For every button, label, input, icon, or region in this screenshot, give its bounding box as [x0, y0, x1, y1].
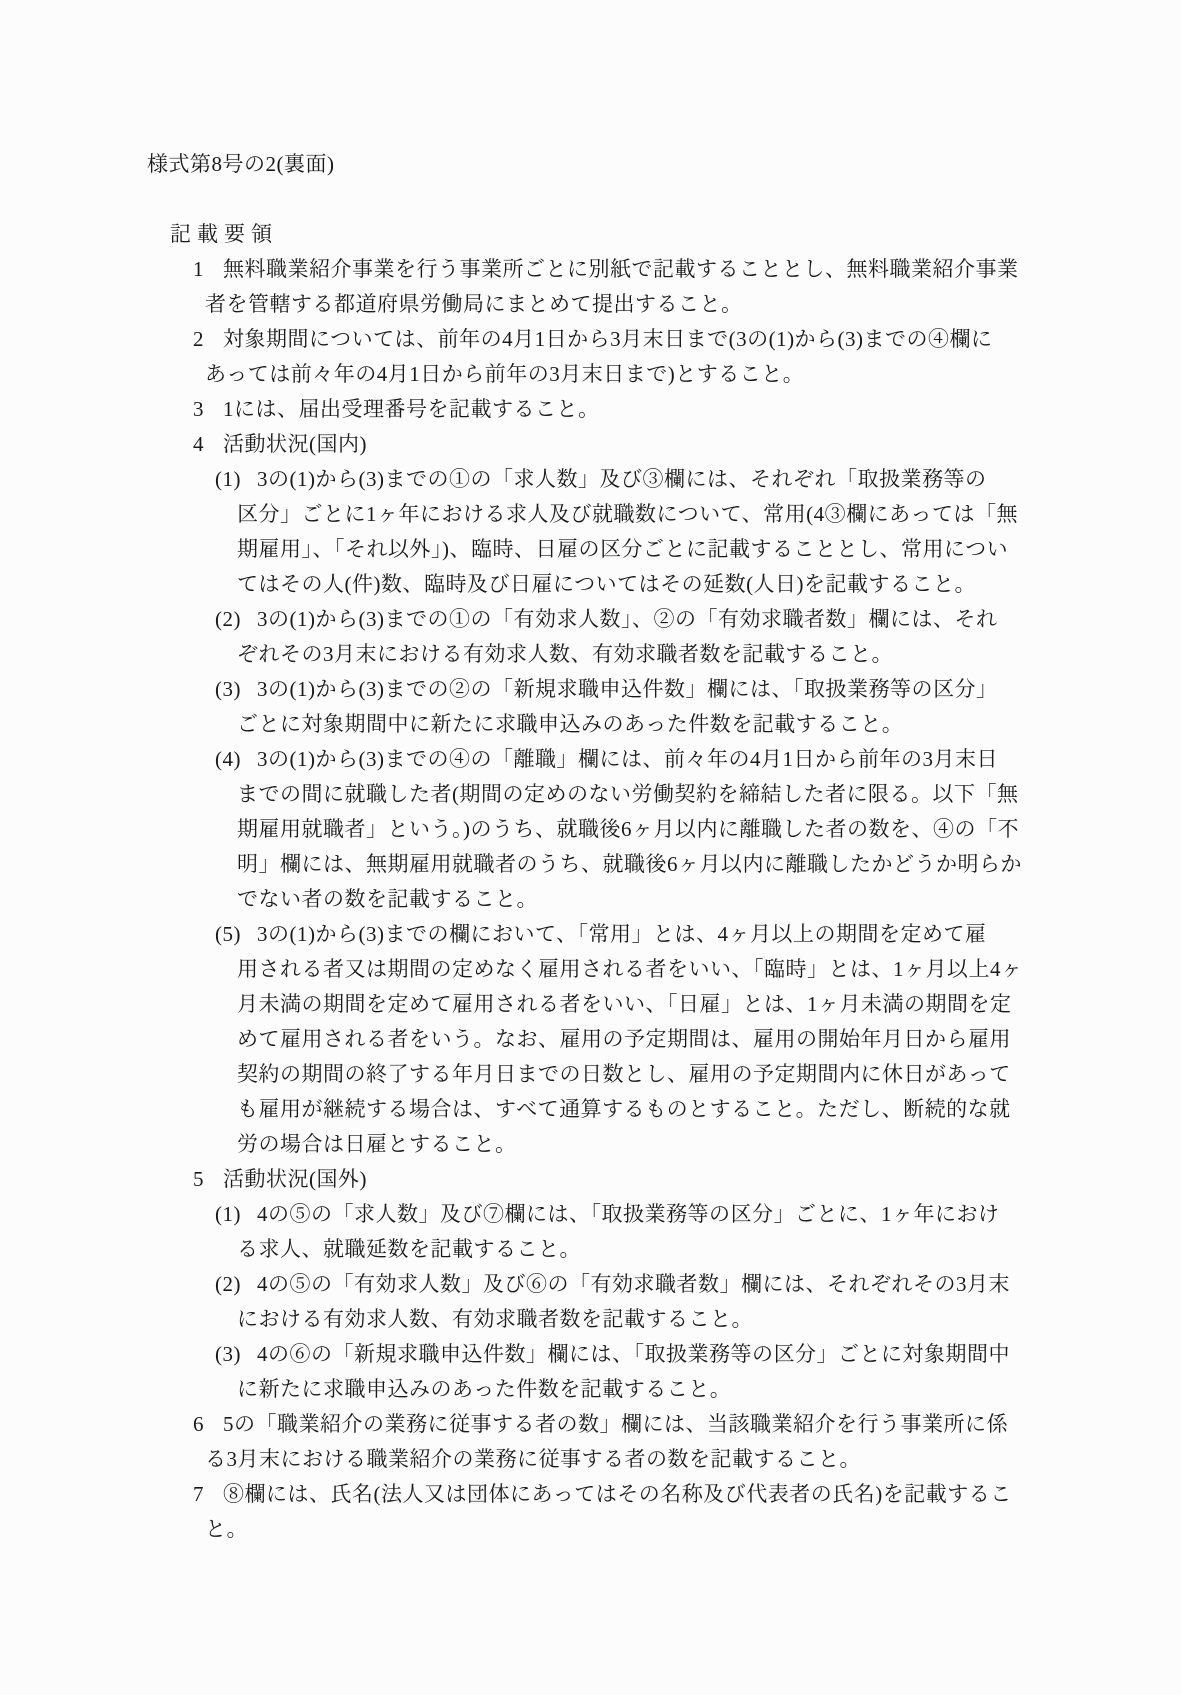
item-text: 4の⑥の「新規求職申込件数」欄には、「取扱業務等の区分」ごとに対象期間中 [257, 1342, 1010, 1366]
instruction-items: 1無料職業紹介事業を行う事業所ごとに別紙で記載することとし、無料職業紹介事業者を… [147, 252, 1151, 1547]
item-text: 5の「職業紹介の業務に従事する者の数」欄には、当該職業紹介を行う事業所に係 [223, 1412, 1008, 1436]
item-text: る求人、就職延数を記載すること。 [237, 1237, 581, 1261]
item-text: 対象期間については、前年の4月1日から3月末日まで(3の(1)から(3)までの④… [223, 327, 993, 351]
item-text: 1には、届出受理番号を記載すること。 [223, 397, 600, 421]
item-7: 7⑧欄には、氏名(法人又は団体にあってはその名称及び代表者の氏名)を記載すること… [147, 1477, 1151, 1547]
item-text: 期雇用」、「それ以外」)、臨時、日雇の区分ごとに記載することとし、常用につい [237, 537, 1008, 561]
item-text: 契約の期間の終了する年月日までの日数とし、雇用の予定期間内に休日があって [237, 1062, 1011, 1086]
item-number: (5) [215, 917, 257, 952]
item-text: めて雇用される者をいう。なお、雇用の予定期間は、雇用の開始年月日から雇用 [237, 1027, 1011, 1051]
instruction-line: 65の「職業紹介の業務に従事する者の数」欄には、当該職業紹介を行う事業所に係 [147, 1407, 1151, 1442]
item-text: における有効求人数、有効求職者数を記載すること。 [237, 1307, 753, 1331]
instruction-line: る求人、就職延数を記載すること。 [147, 1232, 1151, 1267]
item-text: 3の(1)から(3)までの①の「有効求人数」、②の「有効求職者数」欄には、それ [257, 607, 997, 631]
item-text: 労の場合は日雇とすること。 [237, 1132, 517, 1156]
item-number: 5 [193, 1162, 223, 1197]
sub-item-5: (5)3の(1)から(3)までの欄において、「常用」とは、4ヶ月以上の期間を定め… [147, 917, 1151, 1162]
item-number: 4 [193, 427, 223, 462]
item-number: (2) [215, 602, 257, 637]
item-number: 3 [193, 392, 223, 427]
sub-item-3: (3)3の(1)から(3)までの②の「新規求職申込件数」欄には、「取扱業務等の区… [147, 672, 1151, 742]
item-number: 1 [193, 252, 223, 287]
item-text: ぞれその3月末における有効求人数、有効求職者数を記載すること。 [237, 642, 893, 666]
instruction-line: 1無料職業紹介事業を行う事業所ごとに別紙で記載することとし、無料職業紹介事業 [147, 252, 1151, 287]
instruction-line: ぞれその3月末における有効求人数、有効求職者数を記載すること。 [147, 637, 1151, 672]
item-number: (1) [215, 462, 257, 497]
item-text: 者を管轄する都道府県労働局にまとめて提出すること。 [205, 292, 743, 316]
instruction-line: (2)4の⑤の「有効求人数」及び⑥の「有効求職者数」欄には、それぞれその3月末 [147, 1267, 1151, 1302]
item-text: 用される者又は期間の定めなく雇用される者をいい、「臨時」とは、1ヶ月以上4ヶ [237, 957, 1023, 981]
instruction-line: 期雇用」、「それ以外」)、臨時、日雇の区分ごとに記載することとし、常用につい [147, 532, 1151, 567]
item-text: でない者の数を記載すること。 [237, 887, 538, 911]
instruction-line: 契約の期間の終了する年月日までの日数とし、雇用の予定期間内に休日があって [147, 1057, 1151, 1092]
item-text: 無料職業紹介事業を行う事業所ごとに別紙で記載することとし、無料職業紹介事業 [223, 257, 1019, 281]
instruction-line: ごとに対象期間中に新たに求職申込みのあった件数を記載すること。 [147, 707, 1151, 742]
instruction-line: も雇用が継続する場合は、すべて通算するものとすること。ただし、断続的な就 [147, 1092, 1151, 1127]
item-number: 7 [193, 1477, 223, 1512]
item-6: 65の「職業紹介の業務に従事する者の数」欄には、当該職業紹介を行う事業所に係る3… [147, 1407, 1151, 1477]
item-number: (3) [215, 672, 257, 707]
item-text: る3月末における職業紹介の業務に従事する者の数を記載すること。 [205, 1447, 861, 1471]
instruction-line: 31には、届出受理番号を記載すること。 [147, 392, 1151, 427]
item-3: 31には、届出受理番号を記載すること。 [147, 392, 1151, 427]
instruction-line: (4)3の(1)から(3)までの④の「離職」欄には、前々年の4月1日から前年の3… [147, 742, 1151, 777]
instruction-line: に新たに求職申込みのあった件数を記載すること。 [147, 1372, 1151, 1407]
item-text: 明」欄には、無期雇用就職者のうち、就職後6ヶ月以内に離職したかどうか明らか [237, 852, 1022, 876]
item-2: 2対象期間については、前年の4月1日から3月末日まで(3の(1)から(3)までの… [147, 322, 1151, 392]
item-text: と。 [205, 1517, 248, 1541]
instruction-line: (5)3の(1)から(3)までの欄において、「常用」とは、4ヶ月以上の期間を定め… [147, 917, 1151, 952]
item-text: も雇用が継続する場合は、すべて通算するものとすること。ただし、断続的な就 [237, 1097, 1011, 1121]
instruction-line: 用される者又は期間の定めなく雇用される者をいい、「臨時」とは、1ヶ月以上4ヶ [147, 952, 1151, 987]
instruction-line: でない者の数を記載すること。 [147, 882, 1151, 917]
instruction-line: 2対象期間については、前年の4月1日から3月末日まで(3の(1)から(3)までの… [147, 322, 1151, 357]
instruction-line: 区分」ごとに1ヶ年における求人及び就職数について、常用(4③欄にあっては「無 [147, 497, 1151, 532]
form-number-label: 様式第8号の2(裏面) [147, 147, 1151, 182]
instruction-line: (3)3の(1)から(3)までの②の「新規求職申込件数」欄には、「取扱業務等の区… [147, 672, 1151, 707]
item-text: 活動状況(国内) [223, 432, 367, 456]
item-text: に新たに求職申込みのあった件数を記載すること。 [237, 1377, 731, 1401]
instruction-line: 5活動状況(国外) [147, 1162, 1151, 1197]
sub-item-3: (3)4の⑥の「新規求職申込件数」欄には、「取扱業務等の区分」ごとに対象期間中に… [147, 1337, 1151, 1407]
item-text: ⑧欄には、氏名(法人又は団体にあってはその名称及び代表者の氏名)を記載するこ [223, 1482, 1012, 1506]
sub-item-2: (2)3の(1)から(3)までの①の「有効求人数」、②の「有効求職者数」欄には、… [147, 602, 1151, 672]
item-text: 4の⑤の「求人数」及び⑦欄には、「取扱業務等の区分」ごとに、1ヶ年におけ [257, 1202, 1000, 1226]
item-text: 活動状況(国外) [223, 1167, 367, 1191]
instruction-line: (1)4の⑤の「求人数」及び⑦欄には、「取扱業務等の区分」ごとに、1ヶ年におけ [147, 1197, 1151, 1232]
instruction-line: 者を管轄する都道府県労働局にまとめて提出すること。 [147, 287, 1151, 322]
instruction-line: (3)4の⑥の「新規求職申込件数」欄には、「取扱業務等の区分」ごとに対象期間中 [147, 1337, 1151, 1372]
instruction-line: てはその人(件)数、臨時及び日雇についてはその延数(人日)を記載すること。 [147, 567, 1151, 602]
item-number: (3) [215, 1337, 257, 1372]
item-1: 1無料職業紹介事業を行う事業所ごとに別紙で記載することとし、無料職業紹介事業者を… [147, 252, 1151, 322]
instruction-line: (2)3の(1)から(3)までの①の「有効求人数」、②の「有効求職者数」欄には、… [147, 602, 1151, 637]
section-heading: 記載要領 [170, 217, 1151, 252]
item-text: あっては前々年の4月1日から前年の3月末日まで)とすること。 [205, 362, 804, 386]
instruction-line: (1)3の(1)から(3)までの①の「求人数」及び③欄には、それぞれ「取扱業務等… [147, 462, 1151, 497]
sub-item-2: (2)4の⑤の「有効求人数」及び⑥の「有効求職者数」欄には、それぞれその3月末に… [147, 1267, 1151, 1337]
instruction-line: 労の場合は日雇とすること。 [147, 1127, 1151, 1162]
instruction-line: 期雇用就職者」という。)のうち、就職後6ヶ月以内に離職した者の数を、④の「不 [147, 812, 1151, 847]
document-content: 様式第8号の2(裏面) 記載要領 1無料職業紹介事業を行う事業所ごとに別紙で記載… [147, 147, 1151, 1547]
item-text: 3の(1)から(3)までの欄において、「常用」とは、4ヶ月以上の期間を定めて雇 [257, 922, 987, 946]
sub-item-1: (1)3の(1)から(3)までの①の「求人数」及び③欄には、それぞれ「取扱業務等… [147, 462, 1151, 602]
instruction-line: めて雇用される者をいう。なお、雇用の予定期間は、雇用の開始年月日から雇用 [147, 1022, 1151, 1057]
item-text: 期雇用就職者」という。)のうち、就職後6ヶ月以内に離職した者の数を、④の「不 [237, 817, 1019, 841]
instruction-line: と。 [147, 1512, 1151, 1547]
item-text: 3の(1)から(3)までの④の「離職」欄には、前々年の4月1日から前年の3月末日 [257, 747, 998, 771]
item-text: 区分」ごとに1ヶ年における求人及び就職数について、常用(4③欄にあっては「無 [237, 502, 1018, 526]
instruction-line: 明」欄には、無期雇用就職者のうち、就職後6ヶ月以内に離職したかどうか明らか [147, 847, 1151, 882]
item-text: までの間に就職した者(期間の定めのない労働契約を締結した者に限る。以下「無 [237, 782, 1019, 806]
item-text: 月未満の期間を定めて雇用される者をいい、「日雇」とは、1ヶ月未満の期間を定 [237, 992, 1012, 1016]
instruction-line: 4活動状況(国内) [147, 427, 1151, 462]
item-text: てはその人(件)数、臨時及び日雇についてはその延数(人日)を記載すること。 [237, 572, 976, 596]
instruction-line: における有効求人数、有効求職者数を記載すること。 [147, 1302, 1151, 1337]
item-text: 3の(1)から(3)までの②の「新規求職申込件数」欄には、「取扱業務等の区分」 [257, 677, 997, 701]
document-page: 様式第8号の2(裏面) 記載要領 1無料職業紹介事業を行う事業所ごとに別紙で記載… [0, 0, 1181, 1695]
item-number: (2) [215, 1267, 257, 1302]
item-number: 6 [193, 1407, 223, 1442]
item-4: 4活動状況(国内)(1)3の(1)から(3)までの①の「求人数」及び③欄には、そ… [147, 427, 1151, 1162]
sub-item-1: (1)4の⑤の「求人数」及び⑦欄には、「取扱業務等の区分」ごとに、1ヶ年における… [147, 1197, 1151, 1267]
instruction-line: あっては前々年の4月1日から前年の3月末日まで)とすること。 [147, 357, 1151, 392]
item-number: (4) [215, 742, 257, 777]
instruction-line: 7⑧欄には、氏名(法人又は団体にあってはその名称及び代表者の氏名)を記載するこ [147, 1477, 1151, 1512]
item-number: (1) [215, 1197, 257, 1232]
item-text: ごとに対象期間中に新たに求職申込みのあった件数を記載すること。 [237, 712, 903, 736]
sub-item-4: (4)3の(1)から(3)までの④の「離職」欄には、前々年の4月1日から前年の3… [147, 742, 1151, 917]
instruction-line: 月未満の期間を定めて雇用される者をいい、「日雇」とは、1ヶ月未満の期間を定 [147, 987, 1151, 1022]
instruction-line: までの間に就職した者(期間の定めのない労働契約を締結した者に限る。以下「無 [147, 777, 1151, 812]
item-number: 2 [193, 322, 223, 357]
item-text: 4の⑤の「有効求人数」及び⑥の「有効求職者数」欄には、それぞれその3月末 [257, 1272, 1010, 1296]
item-text: 3の(1)から(3)までの①の「求人数」及び③欄には、それぞれ「取扱業務等の [257, 467, 986, 491]
item-5: 5活動状況(国外)(1)4の⑤の「求人数」及び⑦欄には、「取扱業務等の区分」ごと… [147, 1162, 1151, 1407]
instruction-line: る3月末における職業紹介の業務に従事する者の数を記載すること。 [147, 1442, 1151, 1477]
